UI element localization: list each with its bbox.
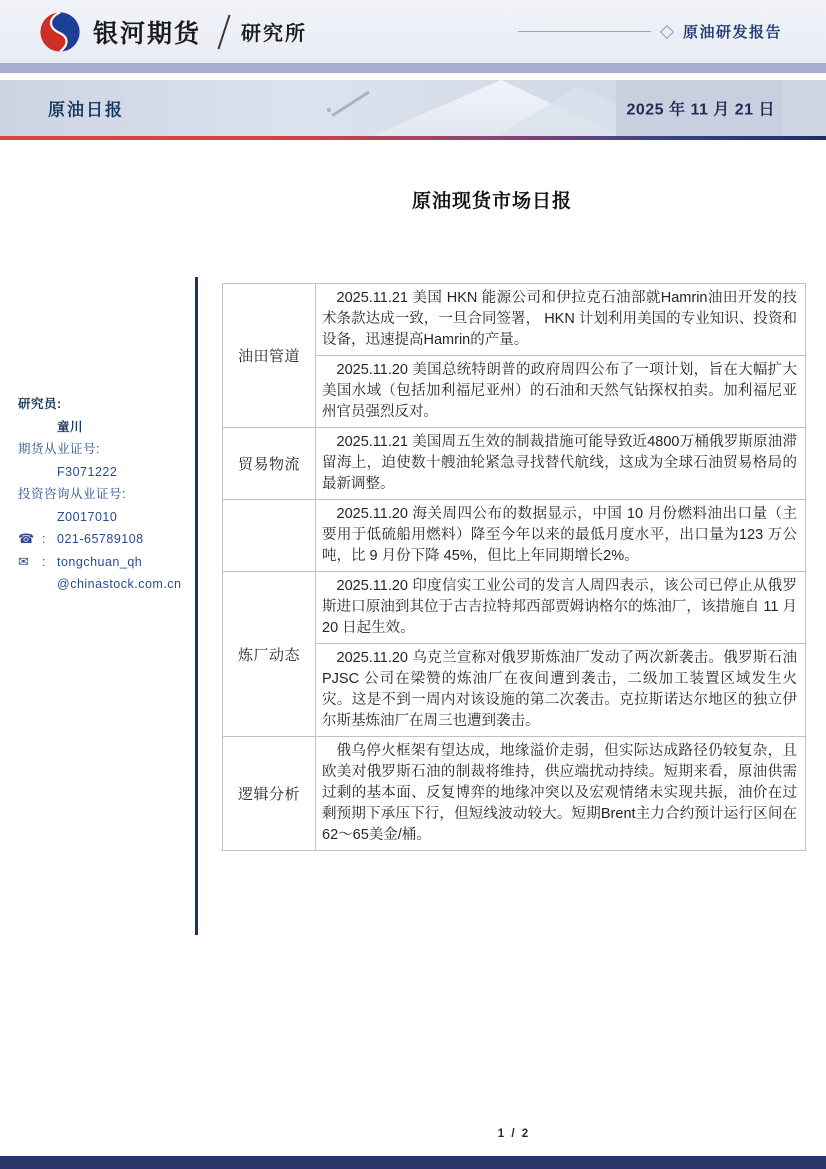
section-label-empty	[223, 500, 316, 572]
table-row: 逻辑分析俄乌停火框架有望达成，地缘溢价走弱，但实际达成路径仍较复杂，且欧美对俄罗…	[223, 737, 806, 851]
news-table: 油田管道2025.11.21 美国 HKN 能源公司和伊拉克石油部就Hamrin…	[222, 283, 806, 851]
news-item: 2025.11.21 美国 HKN 能源公司和伊拉克石油部就Hamrin油田开发…	[316, 284, 806, 356]
section-label: 逻辑分析	[223, 737, 316, 851]
researcher-name: 童川	[18, 416, 193, 439]
banner-diagonal-mark	[331, 91, 370, 117]
document-title: 原油现货市场日报	[200, 186, 784, 213]
researcher-label: 研究员:	[18, 393, 193, 416]
galaxy-futures-logo-icon	[40, 12, 80, 52]
section-label: 炼厂动态	[223, 572, 316, 737]
news-item: 2025.11.20 海关周四公布的数据显示，中国 10 月份燃料油出口量（主要…	[316, 500, 806, 572]
futures-license-number: F3071222	[18, 461, 193, 484]
diamond-icon	[660, 24, 674, 38]
news-item-text: 俄乌停火框架有望达成，地缘溢价走弱，但实际达成路径仍较复杂，且欧美对俄罗斯石油的…	[322, 741, 797, 846]
section-label: 贸易物流	[223, 428, 316, 500]
news-item: 2025.11.21 美国周五生效的制裁措施可能导致近4800万桶俄罗斯原油滞留…	[316, 428, 806, 500]
header-gap	[0, 73, 826, 80]
report-page: 银河期货 研究所 原油研发报告 原油日报 2025 年 11 月 21 日 原油…	[0, 0, 826, 1169]
news-table-body: 油田管道2025.11.21 美国 HKN 能源公司和伊拉克石油部就Hamrin…	[223, 284, 806, 851]
vertical-divider	[195, 277, 198, 935]
news-item-text: 2025.11.21 美国 HKN 能源公司和伊拉克石油部就Hamrin油田开发…	[322, 288, 797, 351]
report-name: 原油日报	[48, 96, 124, 121]
footer-bar	[0, 1156, 826, 1169]
researcher-info: 研究员: 童川 期货从业证号: F3071222 投资咨询从业证号: Z0017…	[18, 393, 193, 596]
email-domain: @chinastock.com.cn	[18, 573, 193, 596]
phone-icon: ☎	[18, 528, 42, 551]
table-row: 炼厂动态2025.11.20 印度信实工业公司的发言人周四表示，该公司已停止从俄…	[223, 572, 806, 644]
section-label: 油田管道	[223, 284, 316, 428]
news-item-text: 2025.11.20 乌克兰宣称对俄罗斯炼油厂发动了两次新袭击。俄罗斯石油 PJ…	[322, 648, 797, 732]
news-item: 2025.11.20 乌克兰宣称对俄罗斯炼油厂发动了两次新袭击。俄罗斯石油 PJ…	[316, 644, 806, 737]
page-header: 银河期货 研究所 原油研发报告	[0, 0, 826, 63]
news-item-text: 2025.11.20 美国总统特朗普的政府周四公布了一项计划，旨在大幅扩大美国水…	[322, 360, 797, 423]
phone-number: 021-65789108	[57, 528, 144, 551]
header-divider-bar	[0, 63, 826, 73]
title-banner: 原油日报 2025 年 11 月 21 日	[0, 80, 826, 136]
email-user: tongchuan_qh	[57, 551, 142, 574]
banner-dot-mark	[327, 108, 331, 112]
page-number: 1 / 2	[222, 1128, 806, 1140]
decorative-line	[518, 31, 651, 32]
table-row: 2025.11.20 海关周四公布的数据显示，中国 10 月份燃料油出口量（主要…	[223, 500, 806, 572]
division-name: 研究所	[241, 17, 307, 46]
advisor-license-label: 投资咨询从业证号:	[18, 483, 193, 506]
phone-colon: :	[42, 528, 57, 551]
news-item: 俄乌停火框架有望达成，地缘溢价走弱，但实际达成路径仍较复杂，且欧美对俄罗斯石油的…	[316, 737, 806, 851]
red-blue-divider	[0, 136, 826, 140]
news-item-text: 2025.11.20 印度信实工业公司的发言人周四表示，该公司已停止从俄罗斯进口…	[322, 576, 797, 639]
news-item: 2025.11.20 印度信实工业公司的发言人周四表示，该公司已停止从俄罗斯进口…	[316, 572, 806, 644]
table-row: 贸易物流2025.11.21 美国周五生效的制裁措施可能导致近4800万桶俄罗斯…	[223, 428, 806, 500]
report-date: 2025 年 11 月 21 日	[626, 97, 775, 120]
brand-name: 银河期货	[93, 14, 201, 50]
news-item: 2025.11.20 美国总统特朗普的政府周四公布了一项计划，旨在大幅扩大美国水…	[316, 356, 806, 428]
futures-license-label: 期货从业证号:	[18, 438, 193, 461]
news-item-text: 2025.11.20 海关周四公布的数据显示，中国 10 月份燃料油出口量（主要…	[322, 504, 797, 567]
report-tag: 原油研发报告	[518, 21, 782, 42]
report-tag-label: 原油研发报告	[683, 21, 782, 42]
brand-divider-slash	[217, 16, 231, 48]
email-icon: ✉	[18, 551, 42, 574]
table-row: 油田管道2025.11.21 美国 HKN 能源公司和伊拉克石油部就Hamrin…	[223, 284, 806, 356]
news-item-text: 2025.11.21 美国周五生效的制裁措施可能导致近4800万桶俄罗斯原油滞留…	[322, 432, 797, 495]
advisor-license-number: Z0017010	[18, 506, 193, 529]
email-colon: :	[42, 551, 57, 574]
